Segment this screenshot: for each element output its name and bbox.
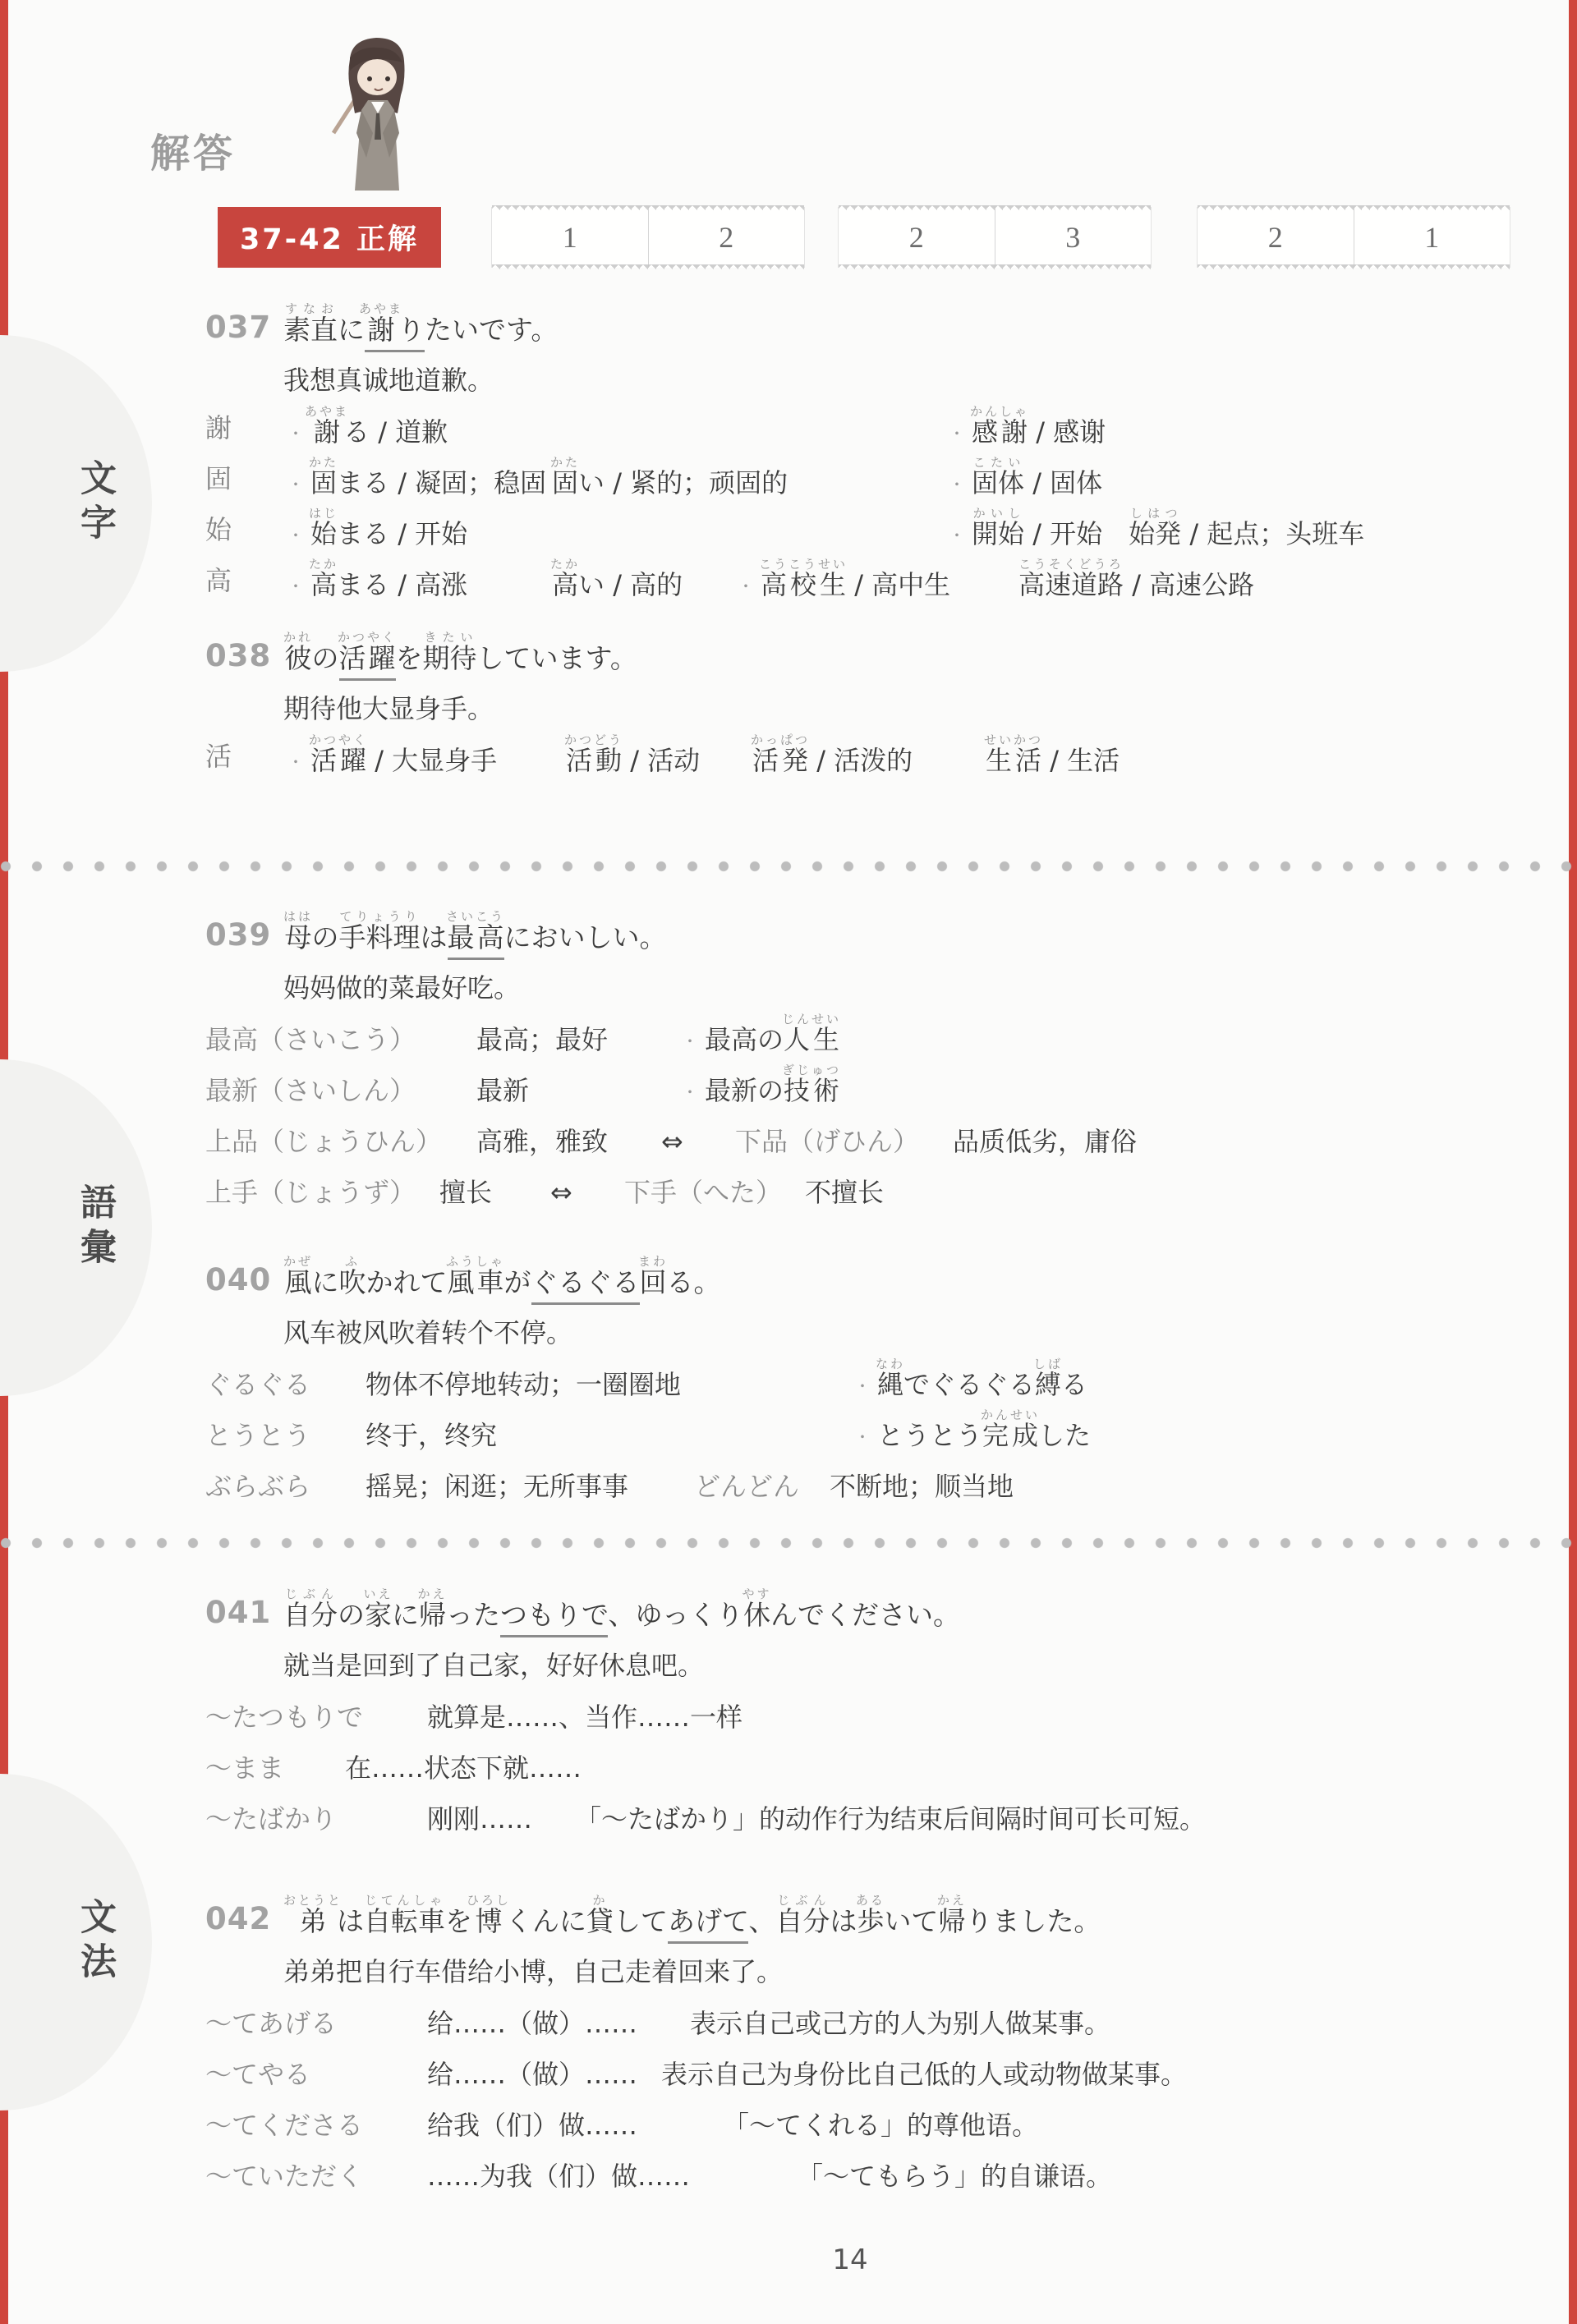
text-segment: 、ゆっくり [608,1599,743,1631]
vocab-cell: ・最高の人生じんせい [682,1012,841,1053]
vocab-cell: 品质低劣，庸俗 [953,1128,1137,1155]
text-segment: あげて [668,1905,748,1937]
furigana: ある [856,1893,885,1908]
side-tab-vocabulary: 語彙 [0,1059,152,1396]
text-segment: 擅长 [439,1177,492,1208]
ruby-text: 始はじ [310,518,337,549]
side-tab-label: 文法 [68,1898,121,1986]
vocab-row: 最高（さいこう）最高；最好・最高の人生じんせい [205,1005,1511,1056]
text-segment: 最新 [476,1075,529,1106]
furigana: はじ [309,506,338,521]
vocab-cell: ……为我（们）做…… [427,2163,690,2189]
text-segment: でぐるぐる [903,1369,1035,1400]
furigana: じぶん [775,1893,830,1908]
text-segment: る [1061,1369,1087,1400]
bullet-icon: ・ [287,752,304,772]
text-segment: においしい。 [504,921,667,953]
vocab-cell: ・開始かいし / 开始 始発しはつ / 起点；头班车 [949,506,1364,547]
ruby-text: 手料理てりょうり [339,921,421,953]
ruby-text: 感謝かんしゃ [972,416,1028,448]
vocab-cell: ～てあげる [205,2010,337,2037]
question-block: 041自分じぶんの家いえに帰かえったつもりで、ゆっくり休やすんでください。就当是… [205,1563,1511,1835]
vocab-row: ぶらぶら摇晃；闲逛；无所事事どんどん不断地；顺当地 [205,1452,1511,1503]
bullet-icon: ・ [854,1427,871,1447]
furigana: かた [550,455,580,470]
bullet-icon: ・ [287,526,304,545]
ruby-text: 活発かっぱつ [751,745,808,776]
ruby-text: 活躍かつやく [339,642,396,674]
vocab-cell: 终于，终究 [366,1422,497,1449]
furigana: じてんしゃ [364,1893,445,1908]
furigana: かつどう [564,733,623,747]
vocab-row: 活・活躍かつやく / 大显身手活動かつどう / 活动活発かっぱつ / 活泼的生活… [205,726,1511,777]
text-segment: ⇔ [550,1177,572,1208]
text-segment: り [398,314,425,346]
answer-cell: 2 [1198,207,1354,268]
bullet-icon: ・ [738,576,754,596]
side-tab-characters: 文字 [0,335,152,672]
vocab-cell: ・最新の技術ぎじゅつ [682,1063,841,1104]
text-segment: は [830,1905,857,1937]
ruby-text: 謝あやま [365,314,398,346]
text-segment: とうとう [877,1420,982,1451]
vocab-cell: 给……（做）…… [427,2061,637,2087]
text-segment: まる / 高涨 [337,569,467,600]
vocab-cell: 高たかい / 高的 [550,557,683,598]
furigana: せいかつ [984,733,1043,747]
vocab-cell: ・感謝かんしゃ / 感谢 [949,404,1106,445]
text-segment: ～てくださる [205,2110,363,2141]
text-segment: 刚刚…… [427,1803,532,1835]
underlined-word: 最高さいこう [448,921,504,960]
ruby-text: 風車ふうしゃ [448,1266,504,1298]
vocab-cell: 刚刚…… [427,1806,532,1832]
vocab-cell: 在……状态下就…… [345,1755,582,1781]
vocab-row: 上品（じょうひん）高雅，雅致⇔下品（げひん）品质低劣，庸俗 [205,1107,1511,1158]
text-segment: ～ていただく [205,2161,363,2192]
vocab-row: ～たつもりで就算是……、当作……一样 [205,1683,1511,1734]
answer-cell: 1 [492,207,648,268]
ruby-text: 素直すなお [283,314,338,346]
question-number: 042 [205,1901,283,1936]
vocab-cell: 最新 [476,1077,529,1104]
vocab-cell: 最高（さいこう） [205,1027,416,1053]
text-segment: たいです。 [425,314,558,346]
ruby-text: 固体こたい [972,467,1024,498]
ruby-text: 自分じぶん [283,1599,338,1631]
sentence: 母ははの手料理てりょうりは最高さいこうにおいしい。 [283,909,667,953]
vocab-cell: ・高校生こうこうせい / 高中生 [738,557,950,598]
vocab-row: ～てくださる给我（们）做……「～てくれる」的尊他语。 [205,2091,1511,2142]
bullet-icon: ・ [949,526,965,545]
translation: 我想真诚地道歉。 [283,345,1511,397]
ruby-text: 固かた [310,467,337,498]
text-segment: ～まま [205,1752,284,1784]
vocab-cell: ⇔ [661,1128,683,1155]
text-segment: 给……（做）…… [427,2008,637,2039]
side-tab-label: 文字 [68,459,121,548]
text-segment: に [312,1266,339,1298]
bullet-icon: ・ [949,424,965,443]
furigana: かんせい [981,1408,1040,1422]
vocab-head-kanji: 固 [205,458,232,496]
underlined-word: つもりで [500,1599,608,1637]
text-segment: 终于，终究 [366,1420,497,1451]
vocab-cell: とうとう [205,1422,310,1449]
vocab-cell: 就算是……、当作……一样 [427,1704,743,1730]
vocab-cell: 给……（做）…… [427,2010,637,2037]
text-segment: 下手（へた） [624,1177,782,1208]
bullet-icon: ・ [682,1082,698,1102]
text-segment: が [504,1266,531,1298]
text-segment: つもりで [500,1599,608,1631]
underlined-word: 謝あやま [365,314,398,352]
text-segment: いて [884,1905,938,1937]
bullet-icon: ・ [949,475,965,494]
ruby-text: 開始かいし [972,518,1024,549]
text-segment: は [337,1905,364,1937]
ruby-text: 博ひろし [472,1905,505,1937]
vocab-row: ぐるぐる物体不停地转动；一圈圈地・縄なわでぐるぐる縛しばる [205,1350,1511,1401]
text-segment: 物体不停地转动；一圈圈地 [366,1369,681,1400]
answers-title: 解答 [150,122,236,178]
text-segment: / 固体 [1024,467,1102,498]
text-segment: 不断地；顺当地 [830,1471,1014,1502]
text-segment: 「～たばかり」的动作行为结束后间隔时间可长可短。 [575,1803,1206,1835]
question-block: 038彼かれの活躍かつやくを期待きたいしています。期待他大显身手。活・活躍かつや… [205,606,1511,777]
vocab-row: ～ていただく……为我（们）做……「～てもらう」的自谦语。 [205,2142,1511,2193]
vocab-cell: 摇晃；闲逛；无所事事 [366,1473,628,1500]
ruby-text: 活躍かつやく [310,745,366,776]
text-segment: 表示自己或己方的人为别人做某事。 [690,2008,1110,2039]
sentence: 風かぜに吹ふかれて風車ふうしゃがぐるぐる回まわる。 [283,1254,721,1297]
text-segment: まる / 凝固；稳固 [337,467,546,498]
furigana: はは [283,909,313,924]
vocab-cell: 上手（じょうず） [205,1179,416,1206]
vocab-row: ～てあげる给……（做）……表示自己或己方的人为别人做某事。 [205,1989,1511,2040]
ruby-text: 家いえ [365,1599,392,1631]
bullet-icon: ・ [854,1376,871,1396]
question-number: 039 [205,917,283,953]
ruby-text: 弟おとうと [283,1905,337,1937]
vocab-cell: ～たばかり [205,1806,337,1832]
furigana: かつやく [338,630,397,645]
vocab-row: 始・始はじまる / 开始・開始かいし / 开始 始発しはつ / 起点；头班车 [205,499,1511,550]
ruby-text: 自分じぶん [775,1905,830,1937]
text-segment: 上品（じょうひん） [205,1126,442,1157]
answer-group: 12 [491,207,805,268]
ruby-text: 人生じんせい [784,1024,841,1055]
vocab-cell: ～ていただく [205,2163,363,2189]
text-segment: ～てあげる [205,2008,337,2039]
vocab-row: ～てやる给……（做）……表示自己为身份比自己低的人或动物做某事。 [205,2040,1511,2091]
sentence: 自分じぶんの家いえに帰かえったつもりで、ゆっくり休やすんでください。 [283,1587,960,1630]
vocab-cell: 上品（じょうひん） [205,1128,442,1155]
text-segment: / 高中生 [846,569,950,600]
furigana: かいし [972,506,1024,521]
text-segment: ぐるぐる [205,1369,310,1400]
furigana: やす [743,1587,772,1601]
furigana: あやま [359,301,403,316]
vocab-cell: ぶらぶら [205,1473,310,1500]
ruby-text: 彼かれ [283,642,312,674]
text-segment: ～てやる [205,2059,310,2090]
text-segment: 上手（じょうず） [205,1177,416,1208]
ruby-text: 風かぜ [283,1266,312,1298]
question-number: 037 [205,310,283,345]
text-segment: / 高速公路 [1124,569,1254,600]
ruby-text: 高たか [550,569,578,600]
vocab-cell: ・謝あやまる / 道歉 [287,404,448,445]
text-segment: ……为我（们）做…… [427,2161,690,2192]
underlined-word: ぐるぐる [531,1266,640,1305]
vocab-row: 上手（じょうず）擅长⇔下手（へた）不擅长 [205,1158,1511,1209]
vocab-cell: ・活躍かつやく / 大显身手 [287,733,497,774]
text-segment: 品质低劣，庸俗 [953,1126,1137,1157]
text-segment: 不擅长 [805,1177,884,1208]
vocab-cell: 高速道路こうそくどうろ / 高速公路 [1018,557,1254,598]
text-segment: ～たばかり [205,1803,337,1835]
furigana: しはつ [1129,506,1181,521]
text-segment: / 生活 [1041,745,1120,776]
question-block: 037素直すなおに謝あやまりたいです。我想真诚地道歉。謝・謝あやまる / 道歉・… [205,278,1511,601]
answer-range-box: 37-42 正解 [218,207,441,268]
vocab-cell: 「～てもらう」的自谦语。 [797,2163,1112,2189]
vocab-row: 最新（さいしん）最新・最新の技術ぎじゅつ [205,1056,1511,1107]
text-segment: 「～てくれる」的尊他语。 [723,2110,1038,2141]
sentence: 弟おとうとは自転車じてんしゃを博ひろしくんに貸かしてあげて、自分じぶんは歩あるい… [283,1893,1101,1936]
furigana: かぜ [283,1254,313,1269]
ruby-text: 母はは [283,921,312,953]
vocab-row: 固・固かたまる / 凝固；稳固固かたい / 紧的；顽固的・固体こたい / 固体 [205,448,1511,499]
text-segment: ～たつもりで [205,1702,363,1733]
furigana: すなお [283,301,338,316]
vocab-cell: 最高；最好 [476,1027,608,1053]
text-segment: / 起点；头班车 [1181,518,1364,549]
text-segment: ⇔ [661,1126,683,1157]
furigana: こうこうせい [759,557,848,572]
underlined-word: り [398,314,425,352]
text-segment: 高雅，雅致 [476,1126,608,1157]
text-segment: くんに [505,1905,586,1937]
text-segment: 最高（さいこう） [205,1024,416,1055]
translation: 就当是回到了自己家，好好休息吧。 [283,1630,1511,1683]
eye [367,76,372,81]
text-segment: 摇晃；闲逛；无所事事 [366,1471,628,1502]
vocab-head-kanji: 高 [205,560,232,598]
vocab-cell: 表示自己为身份比自己低的人或动物做某事。 [661,2061,1187,2087]
vocab-cell: 下手（へた） [624,1179,782,1206]
vocab-head-kanji: 謝 [205,407,232,445]
text-segment: どんどん [694,1471,799,1502]
text-segment: / 活动 [622,745,700,776]
dotted-separator [0,1537,1577,1549]
text-segment: 就算是……、当作……一样 [427,1702,743,1733]
text-segment: い / 紧的；顽固的 [578,467,788,498]
furigana: おとうと [283,1893,343,1908]
vocab-row: ～まま在……状态下就…… [205,1734,1511,1784]
furigana: しば [1033,1357,1063,1371]
vocab-cell: ⇔ [550,1179,572,1206]
furigana: か [586,1893,614,1908]
vocab-cell: 固かたい / 紧的；顽固的 [550,455,788,496]
answer-cell: 1 [1354,207,1510,268]
ruby-text: 休やす [743,1599,770,1631]
answer-cell: 2 [839,207,995,268]
right-red-edge [1569,0,1577,2324]
text-segment: 最高；最好 [476,1024,608,1055]
ruby-text: 歩ある [857,1905,884,1937]
question-number: 041 [205,1595,283,1630]
text-segment: の [338,1599,365,1631]
vocab-cell: ぐるぐる [205,1371,310,1398]
answer-cell: 2 [648,207,805,268]
answer-group: 21 [1197,207,1510,268]
ruby-text: 最高さいこう [448,921,504,953]
underlined-word: あげて [668,1905,748,1944]
ruby-text: 高たか [310,569,337,600]
text-segment: / 大显身手 [366,745,497,776]
furigana: てりょうり [339,909,421,924]
text-segment: に [392,1599,419,1631]
furigana: こたい [972,455,1024,470]
vocab-cell: ・縄なわでぐるぐる縛しばる [854,1357,1087,1398]
vocab-row: とうとう终于，终究・とうとう完成かんせいした [205,1401,1511,1452]
ruby-text: 縄なわ [877,1369,903,1400]
ruby-text: 始発しはつ [1129,518,1181,549]
text-segment: ぐるぐる [531,1266,640,1298]
question-block: 042弟おとうとは自転車じてんしゃを博ひろしくんに貸かしてあげて、自分じぶんは歩… [205,1869,1511,2193]
furigana: なわ [876,1357,905,1371]
sentence: 彼かれの活躍かつやくを期待きたいしています。 [283,630,637,673]
furigana: たか [309,557,338,572]
text-segment: 下品（げひん） [735,1126,919,1157]
ruby-text: 回まわ [640,1266,667,1298]
question-number: 040 [205,1262,283,1297]
sentence-line: 037素直すなおに謝あやまりたいです。 [205,278,1511,345]
text-segment: しています。 [477,642,637,674]
vocab-cell: ～てやる [205,2061,310,2087]
furigana: じんせい [782,1012,841,1027]
text-segment: る。 [667,1266,721,1298]
ruby-text: 技術ぎじゅつ [784,1075,841,1106]
text-segment: して [614,1905,668,1937]
vocab-cell: ～まま [205,1755,284,1781]
furigana: かっぱつ [751,733,810,747]
furigana: かえ [937,1893,967,1908]
vocab-cell: 最新（さいしん） [205,1077,416,1104]
text-segment: の [312,642,339,674]
ruby-text: 活動かつどう [564,745,622,776]
vocab-cell: 给我（们）做…… [427,2112,637,2138]
bullet-icon: ・ [682,1031,698,1051]
translation: 风车被风吹着转个不停。 [283,1297,1511,1350]
furigana: ぎじゅつ [782,1063,841,1077]
answer-range-label: 37-42 正解 [240,217,419,258]
text-segment: まる / 开始 [337,518,467,549]
translation: 期待他大显身手。 [283,673,1511,726]
vocab-cell: ・始はじまる / 开始 [287,506,467,547]
vocab-cell: 不断地；顺当地 [830,1473,1014,1500]
furigana: かれ [283,630,313,645]
furigana: まわ [638,1254,668,1269]
vocab-cell: ・固かたまる / 凝固；稳固 [287,455,546,496]
girl-mascot-illustration [319,34,434,195]
bullet-icon: ・ [287,424,304,443]
text-segment: った [446,1599,500,1631]
question-block: 040風かぜに吹ふかれて風車ふうしゃがぐるぐる回まわる。风车被风吹着转个不停。ぐ… [205,1230,1511,1503]
vocab-cell: 不擅长 [805,1179,884,1206]
text-segment: 「～てもらう」的自谦语。 [797,2161,1112,2192]
text-segment: んでください。 [770,1599,960,1631]
vocab-cell: どんどん [694,1473,799,1500]
text-segment: い / 高的 [578,569,683,600]
text-segment: / 活泼的 [808,745,913,776]
text-segment: 最新の [705,1075,784,1106]
text-segment: ぶらぶら [205,1471,310,1502]
answer-bar: 37-42 正解 122321 [0,205,1577,271]
furigana: こうそくどうろ [1018,557,1124,572]
underlined-word: 活躍かつやく [339,642,396,681]
sentence-line: 042弟おとうとは自転車じてんしゃを博ひろしくんに貸かしてあげて、自分じぶんは歩… [205,1869,1511,1936]
furigana: ふうしゃ [446,1254,505,1269]
sentence-line: 039母ははの手料理てりょうりは最高さいこうにおいしい。 [205,885,1511,953]
vocab-head-kanji: 始 [205,509,232,547]
text-segment: る / 道歉 [343,416,448,448]
ruby-text: 帰かえ [419,1599,446,1631]
furigana: きたい [423,630,477,645]
translation: 弟弟把自行车借给小博，自己走着回来了。 [283,1936,1511,1989]
vocab-row: 謝・謝あやまる / 道歉・感謝かんしゃ / 感谢 [205,397,1511,448]
vocab-cell: ・とうとう完成かんせいした [854,1408,1091,1449]
vocab-cell: 物体不停地转动；一圈圈地 [366,1371,681,1398]
vocab-row: ～たばかり刚刚……「～たばかり」的动作行为结束后间隔时间可长可短。 [205,1784,1511,1835]
ruby-text: 縛しば [1035,1369,1061,1400]
ruby-text: 自転車じてんしゃ [364,1905,445,1937]
sentence-line: 040風かぜに吹ふかれて風車ふうしゃがぐるぐる回まわる。 [205,1230,1511,1297]
page: 解答 37-42 正解 122321 文字 語彙 文法 037素直すなおに謝あや… [0,0,1577,2324]
furigana: ふ [339,1254,366,1269]
vocab-cell: 活動かつどう / 活动 [564,733,700,774]
furigana: かた [309,455,338,470]
sentence-line: 038彼かれの活躍かつやくを期待きたいしています。 [205,606,1511,673]
vocab-cell: 表示自己或己方的人为别人做某事。 [690,2010,1110,2037]
text-segment: した [1038,1420,1091,1451]
text-segment: 表示自己为身份比自己低的人或动物做某事。 [661,2059,1187,2090]
furigana: かつやく [309,733,368,747]
bullet-icon: ・ [287,576,304,596]
text-segment: 最高の [705,1024,784,1055]
ruby-text: 吹ふ [339,1266,366,1298]
text-segment: 给我（们）做…… [427,2110,637,2141]
text-segment: りました。 [965,1905,1101,1937]
text-segment: を [396,642,423,674]
vocab-cell: 「～てくれる」的尊他语。 [723,2112,1038,2138]
bullet-icon: ・ [287,475,304,494]
text-segment: 在……状态下就…… [345,1752,582,1784]
vocab-cell: ・高たかまる / 高涨 [287,557,467,598]
vocab-cell: 高雅，雅致 [476,1128,608,1155]
text-segment: 最新（さいしん） [205,1075,416,1106]
ruby-text: 貸か [586,1905,614,1937]
ruby-text: 完成かんせい [982,1420,1038,1451]
sentence-line: 041自分じぶんの家いえに帰かえったつもりで、ゆっくり休やすんでください。 [205,1563,1511,1630]
text-segment: の [312,921,339,953]
ruby-text: 固かた [550,467,578,498]
vocab-head-kanji: 活 [205,736,232,774]
text-segment: は [421,921,448,953]
side-tab-label: 語彙 [68,1183,121,1272]
